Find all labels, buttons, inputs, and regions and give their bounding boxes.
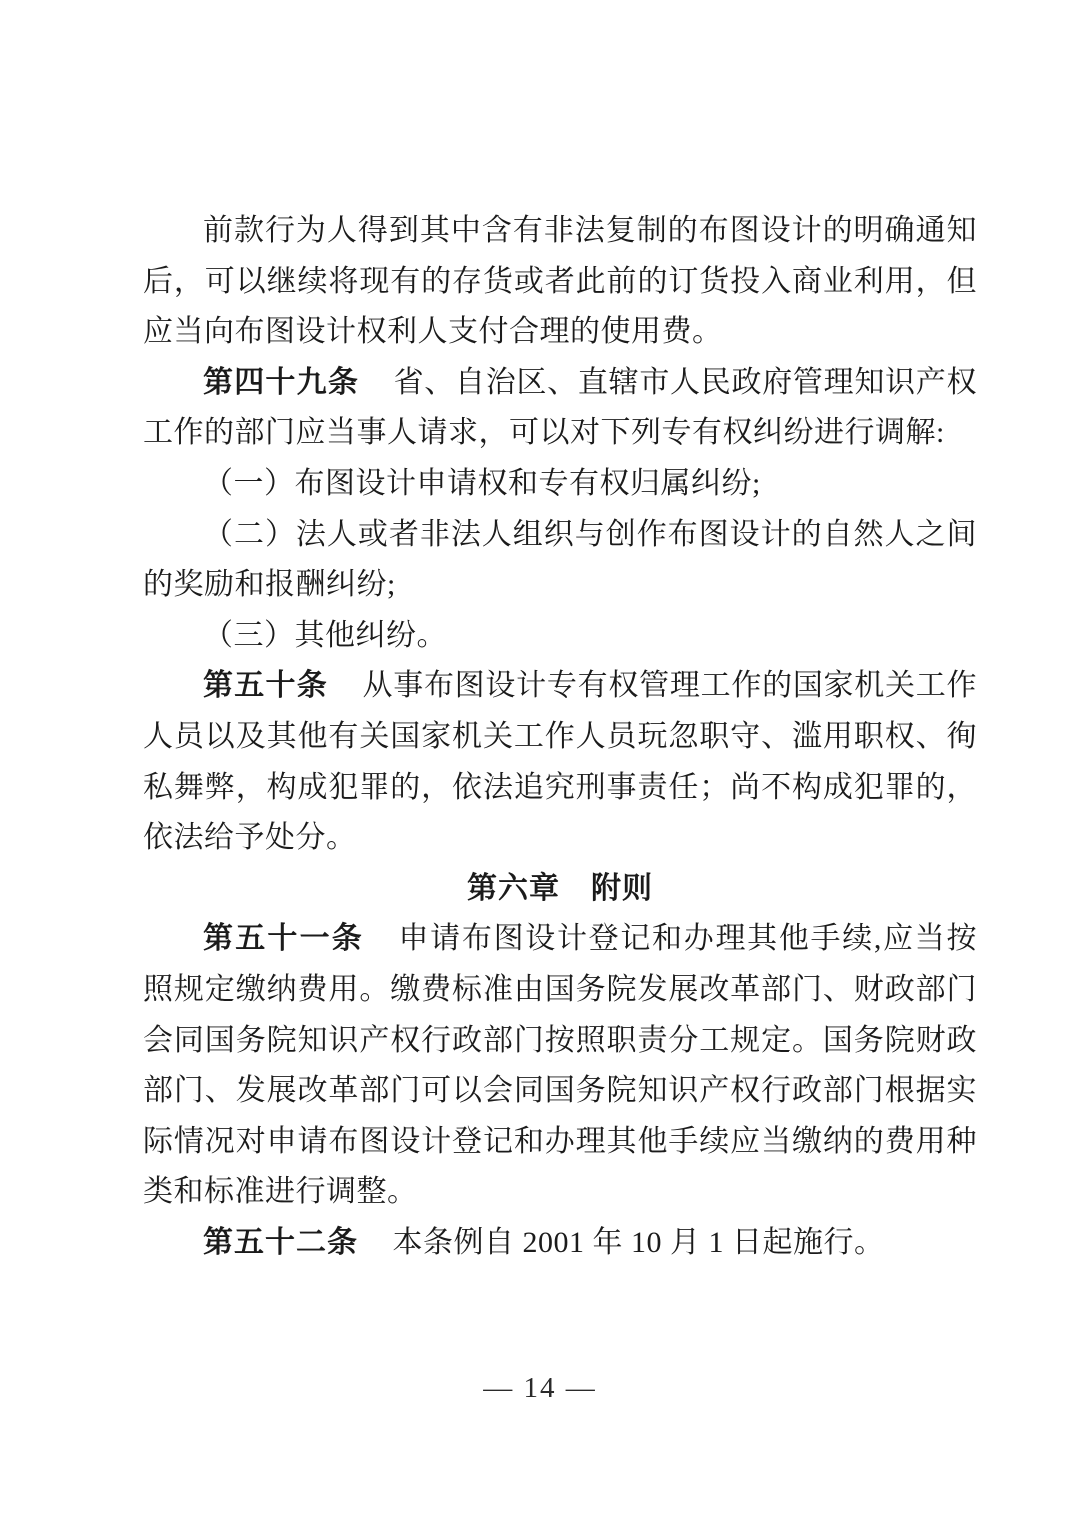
page-number: — 14 — — [483, 1372, 597, 1404]
paragraph: （一）布图设计申请权和专有权归属纠纷; — [143, 459, 977, 510]
paragraph: 第五十条从事布图设计专有权管理工作的国家机关工作人员以及其他有关国家机关工作人员… — [143, 661, 977, 863]
paragraph: （二）法人或者非法人组织与创作布图设计的自然人之间的奖励和报酬纠纷; — [143, 510, 977, 611]
chapter-heading-text: 第六章 附则 — [467, 872, 653, 905]
paragraph: 第四十九条省、自治区、直辖市人民政府管理知识产权工作的部门应当事人请求，可以对下… — [143, 358, 977, 459]
paragraph-text: （一）布图设计申请权和专有权归属纠纷; — [203, 467, 761, 500]
paragraph: 第五十二条本条例自 2001 年 10 月 1 日起施行。 — [143, 1218, 977, 1269]
article-number: 第五十条 — [203, 669, 328, 702]
article-number: 第四十九条 — [203, 366, 359, 399]
document-page: 前款行为人得到其中含有非法复制的布图设计的明确通知后，可以继续将现有的存货或者此… — [0, 0, 1080, 1527]
chapter-heading: 第六章 附则 — [143, 864, 977, 915]
paragraph: 第五十一条申请布图设计登记和办理其他手续,应当按照规定缴纳费用。缴费标准由国务院… — [143, 914, 977, 1218]
paragraph: （三）其他纠纷。 — [143, 611, 977, 662]
document-content: 前款行为人得到其中含有非法复制的布图设计的明确通知后，可以继续将现有的存货或者此… — [143, 206, 977, 1268]
paragraph-text: 前款行为人得到其中含有非法复制的布图设计的明确通知后，可以继续将现有的存货或者此… — [143, 214, 977, 348]
paragraph-text: （三）其他纠纷。 — [203, 619, 447, 652]
article-number: 第五十二条 — [203, 1226, 358, 1259]
paragraph-text: 本条例自 2001 年 10 月 1 日起施行。 — [393, 1226, 885, 1259]
article-number: 第五十一条 — [203, 922, 364, 955]
paragraph: 前款行为人得到其中含有非法复制的布图设计的明确通知后，可以继续将现有的存货或者此… — [143, 206, 977, 358]
paragraph-text: （二）法人或者非法人组织与创作布图设计的自然人之间的奖励和报酬纠纷; — [143, 518, 977, 602]
page-footer: — 14 — — [0, 1372, 1080, 1405]
paragraph-text: 申请布图设计登记和办理其他手续,应当按照规定缴纳费用。缴费标准由国务院发展改革部… — [143, 922, 977, 1208]
